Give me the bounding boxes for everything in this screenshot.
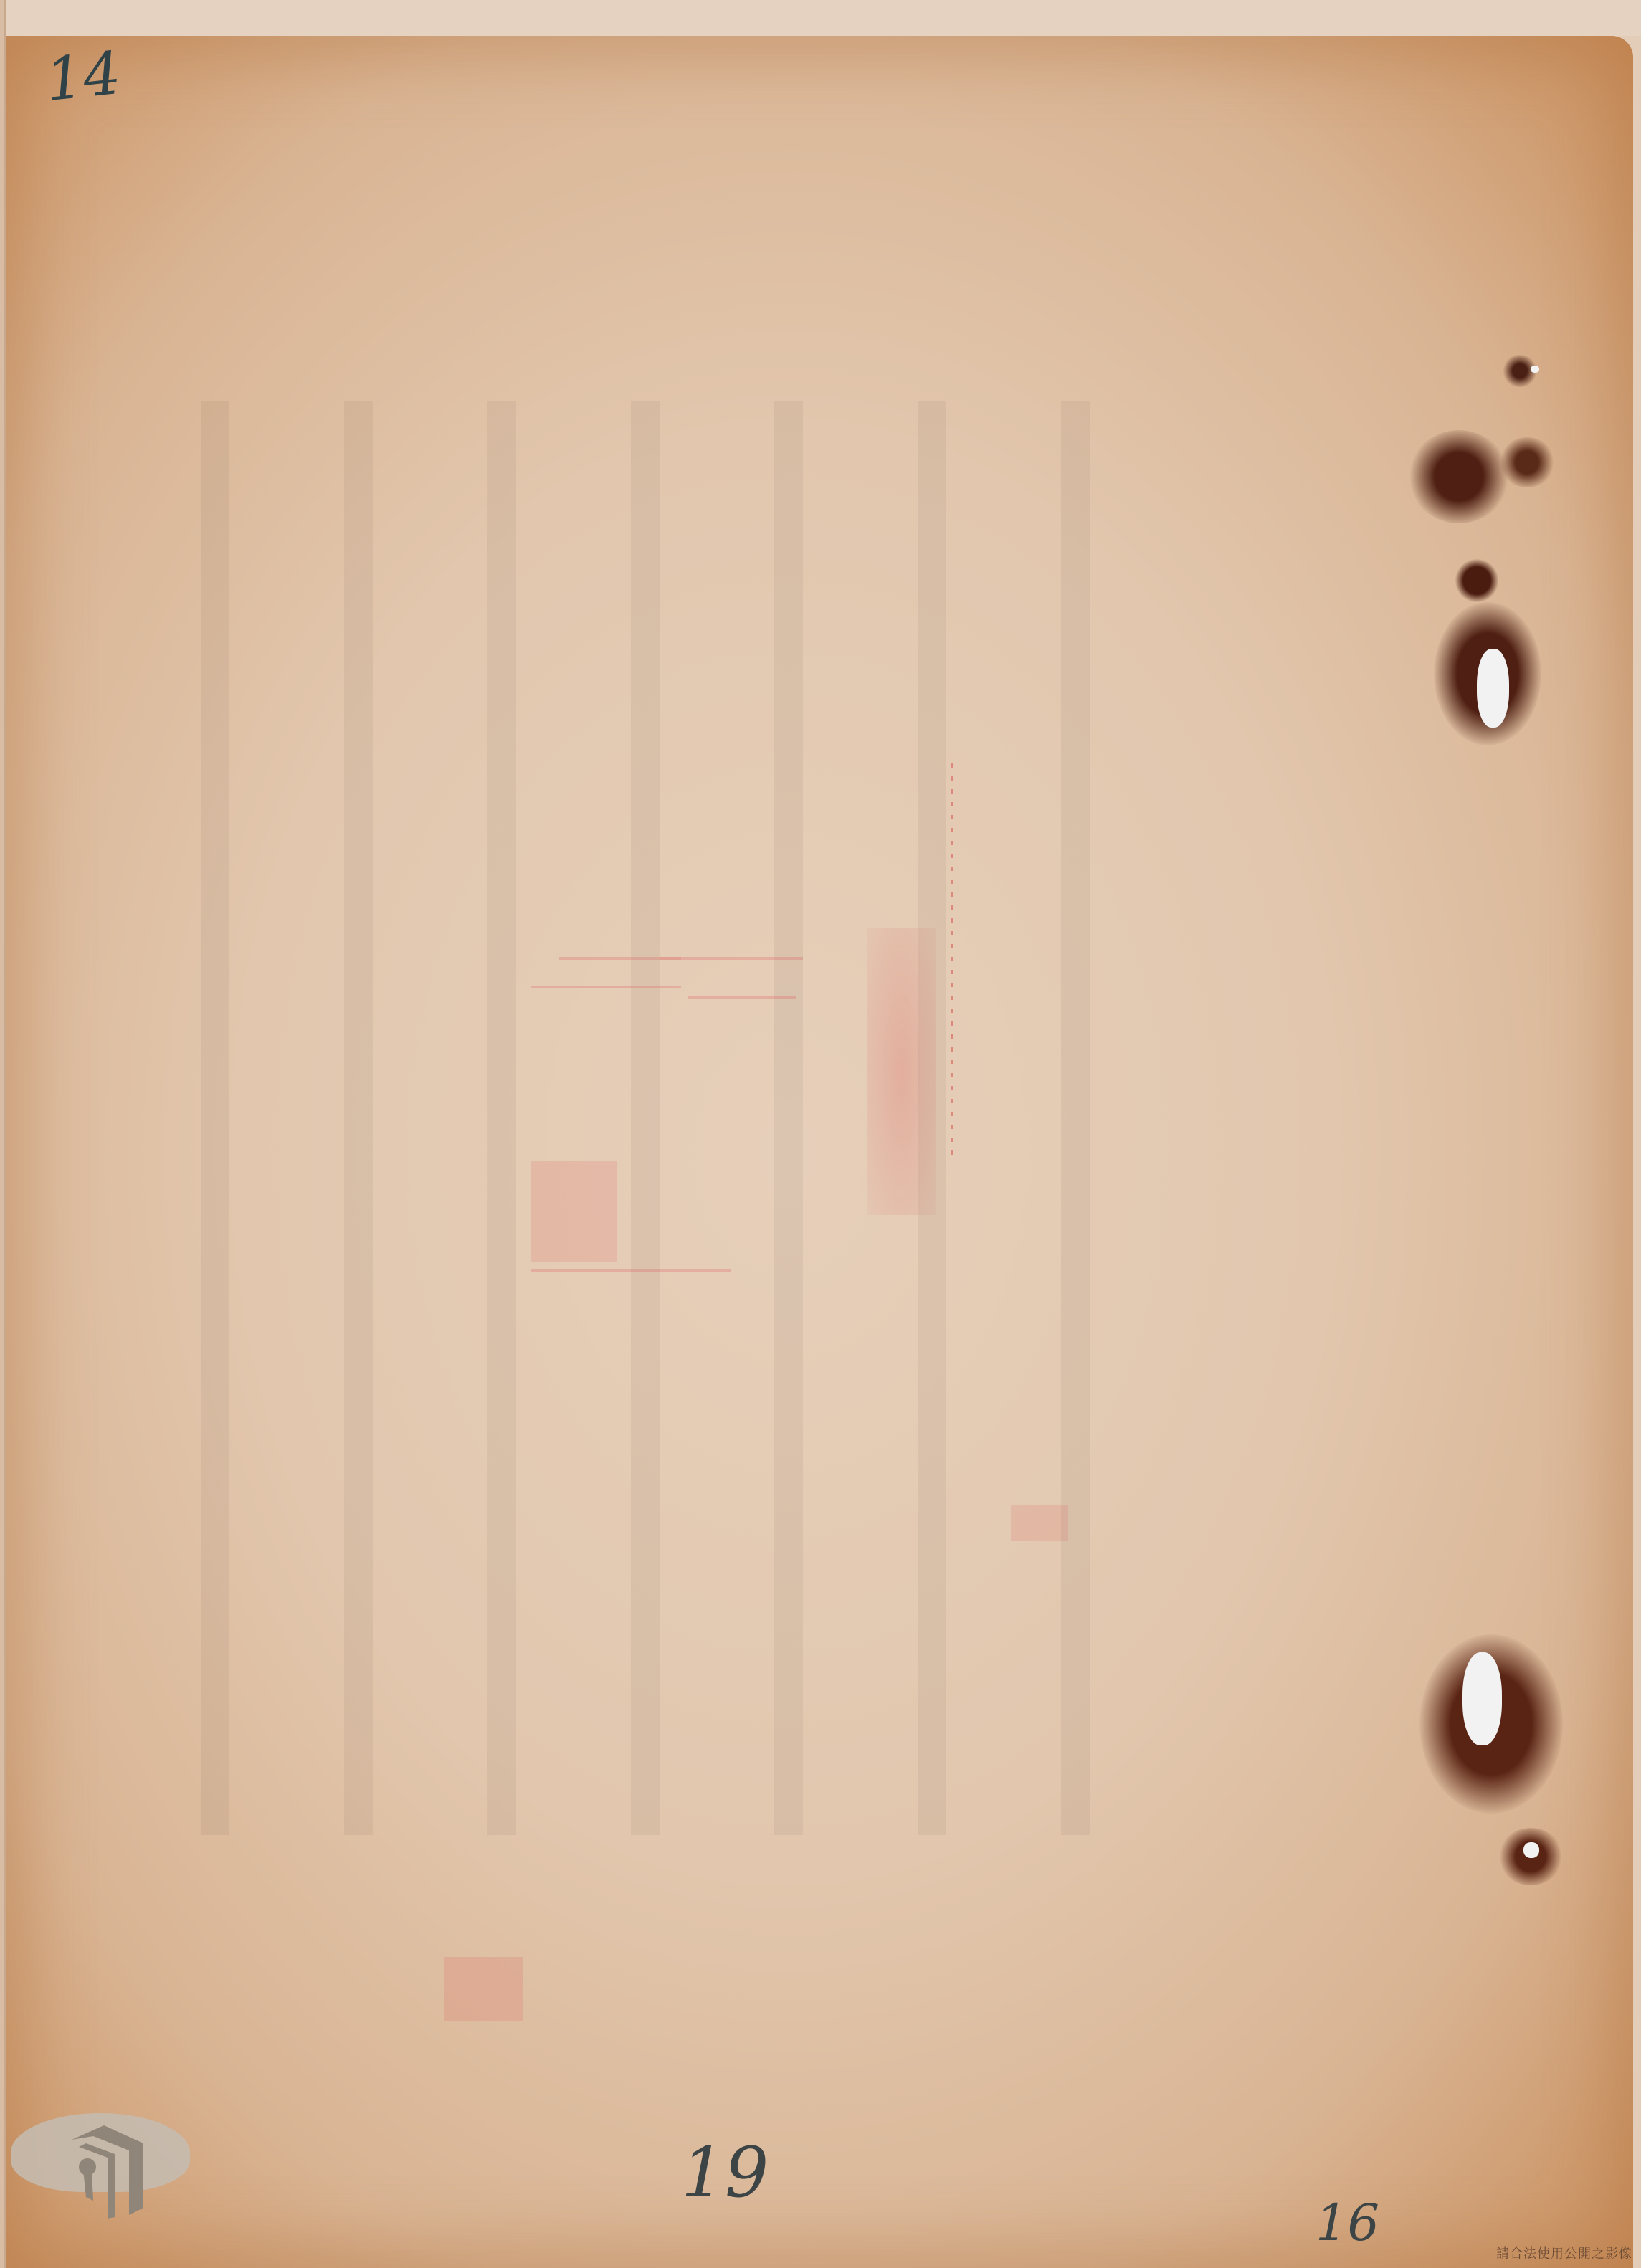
burn-hole: [1462, 1652, 1502, 1745]
burn-mark: [1498, 437, 1556, 487]
scan-backing: [0, 0, 1641, 36]
book-keyhole-icon: [72, 2125, 143, 2219]
red-dotted-rule: [951, 763, 953, 1158]
handwritten-page-number-right: 16: [1316, 2193, 1379, 2252]
stamp-stroke: [688, 996, 796, 999]
usage-notice: 請合法使用公開之影像: [1496, 2244, 1632, 2262]
stamp-stroke: [531, 1269, 731, 1272]
bleed-through-stamp: [531, 889, 961, 1262]
handwritten-page-number-bottom: 19: [681, 2133, 769, 2213]
red-seal-bleed: [867, 928, 936, 1215]
stamp-blot: [531, 1161, 617, 1262]
burn-hole: [1477, 649, 1509, 728]
stamp-stroke: [660, 957, 803, 960]
stamp-stroke: [531, 986, 681, 988]
scan-left-edge: [0, 0, 6, 2268]
burn-hole: [1523, 1842, 1539, 1858]
faint-red-mark: [1011, 1505, 1068, 1541]
burn-mark: [1409, 430, 1509, 523]
burn-mark: [1455, 559, 1498, 602]
burn-hole: [1531, 366, 1539, 373]
handwritten-page-number-top: 14: [42, 39, 124, 115]
faint-red-mark: [444, 1957, 523, 2021]
